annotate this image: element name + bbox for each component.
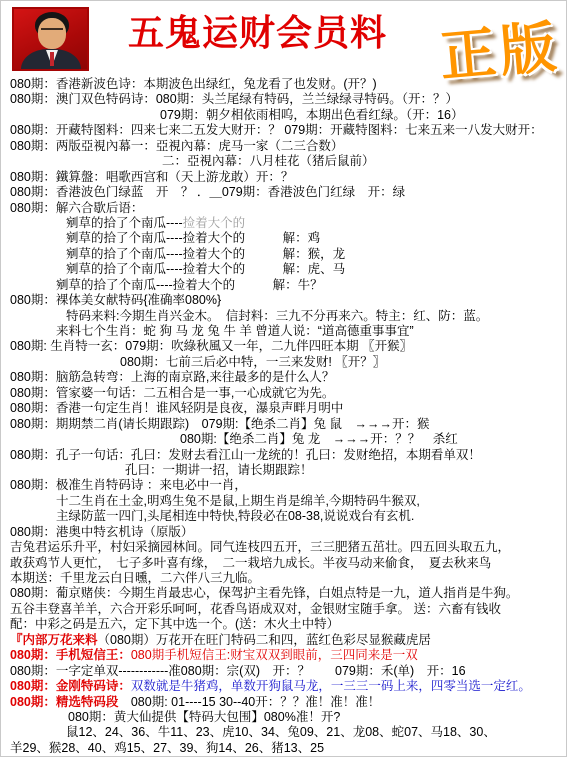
line-36-text: 配：中彩之码是五六，定下其中选一个。(送：木火土中特） [10, 617, 339, 631]
tip-sheet-page: 五鬼运财会员料 正版 080期：香港新波色诗：本期波色出绿红，兔龙看了也发财。(… [0, 0, 567, 757]
line-10: 剜草的拾了个南瓜----捡着大个的 [66, 216, 566, 231]
line-15-text: 080期：裸体美女献特码{准确率080%} [10, 293, 221, 307]
line-09-text: 080期：解六合歇后语： [10, 201, 143, 215]
line-05-text: 080期：两版亞視內幕一：亞視內幕：虎马一家（二三合数） [10, 139, 343, 153]
line-37-text: （080期）万花开在旺门特码二和四，蓝红色彩尽显猴藏虎居 [98, 633, 431, 647]
line-33-text: 本期送：千里龙云白日曛，二六伴八三九临。 [10, 571, 260, 585]
line-32: 敢获鸡节人更忙， 七子多叶喜有缘， 二一栽培九成长。半夜马动来偷食， 夏去秋来鸟 [10, 556, 566, 571]
line-04: 080期：开藏特图料：四来七来二五发大财开：？ 079期：开藏特图料：七来五来一… [10, 123, 566, 138]
line-35: 五谷丰登喜羊羊，六合开彩乐呵呵，花香鸟语成双对，金银财宝随手拿。 送：六畜有钱收 [10, 602, 566, 617]
line-08-text: 080期：香港波色门绿蓝 开 ？ ．＿079期：香港波色门红绿 开：绿 [10, 185, 405, 199]
line-03: 079期：朝夕相依雨相呜，本期出色看红绿。（开：16） [160, 108, 566, 123]
header: 五鬼运财会员料 正版 [1, 1, 566, 77]
genuine-stamp: 正版 [438, 18, 563, 88]
line-09: 080期：解六合歇后语： [10, 201, 566, 216]
line-27-text: 080期：极准生肖特码诗 ：来电必中一肖， [10, 478, 247, 492]
line-31-text: 吉兔君运乐升平，村妇采摘园林间。同气连枝四五开，三三肥猪五茁壮。四五回头取五九， [10, 540, 510, 554]
line-28-text: 十二生肖在土金,明鸡生兔不是鼠,上期生肖是绵羊,今期特码牛猴双, [56, 494, 420, 508]
portrait-glasses [41, 28, 63, 36]
line-07: 080期：鐵算盤：唱歌西宫和（天上游龙敢）开：？ [10, 170, 566, 185]
line-31: 吉兔君运乐升平，村妇采摘园林间。同气连枝四五开，三三肥猪五茁壮。四五回头取五九， [10, 540, 566, 555]
line-15: 080期：裸体美女献特码{准确率080%} [10, 293, 566, 308]
line-38-label: 080期：手机短信王： [10, 648, 131, 662]
line-41-label: 080期：精选特码段 [10, 695, 118, 709]
line-06-text: 二：亞視內幕：八月桂花（猪后鼠前） [162, 154, 375, 168]
line-30: 080期：港奥中特玄机诗（原版） [10, 525, 566, 540]
line-33: 本期送：千里龙云白日曛，二六伴八三九临。 [10, 571, 566, 586]
line-17-text: 来料七个生肖：蛇 狗 马 龙 兔 牛 羊 曾道人说：“道高德重事事宜” [56, 324, 414, 338]
line-25-text: 080期：孔子一句话：孔曰：发财去看江山一龙统的！孔曰：发财绝招，本期看单双！ [10, 448, 481, 462]
line-22-text: 080期：香港一句定生肖！谁风轻阴是良夜，瀑泉声畔月明中 [10, 401, 343, 415]
line-04-text: 080期：开藏特图料：四来七来二五发大财开：？ 079期：开藏特图料：七来五来一… [10, 123, 543, 137]
line-26: 孔曰：一期讲一招，请长期跟踪！ [125, 463, 566, 478]
line-29: 主绿防蓝一四门,头尾相连中特快,特段必在08-38,说说戏台有玄机. [56, 509, 566, 524]
line-38: 080期：手机短信王：080期手机短信王:财宝双双到眼前，三四同来是一双 [10, 648, 566, 663]
line-01-text: 080期：香港新波色诗：本期波色出绿红，兔龙看了也发财。(开？) [10, 77, 377, 91]
line-18-text: 080期: 生肖特一玄：079期：吹綠秋風又一年，二九伴四旺本期 〖开猴〗 [10, 339, 412, 353]
line-40-text: 双数就是牛猪鸡，单数开狗鼠马龙，一三三一码上来，四零当选一定红。 [131, 679, 531, 693]
line-12-text: 剜草的拾了个南瓜----捡着大个的 解：猴，龙 [66, 247, 345, 261]
line-11-text: 剜草的拾了个南瓜----捡着大个的 解：鸡 [66, 231, 320, 245]
line-12: 剜草的拾了个南瓜----捡着大个的 解：猴，龙 [66, 247, 566, 262]
line-42-text: 080期：黄大仙提供【特码大包围】080%准！开? [68, 710, 340, 724]
line-24: 080期:【绝杀二肖】兔 龙 →→→开：？？ 杀红 [180, 432, 566, 447]
line-13-text: 剜草的拾了个南瓜----捡着大个的 解：虎、马 [66, 262, 345, 276]
line-24-text: 080期:【绝杀二肖】兔 龙 →→→开：？？ 杀红 [180, 432, 458, 446]
line-35-text: 五谷丰登喜羊羊，六合开彩乐呵呵，花香鸟语成双对，金银财宝随手拿。 送：六畜有钱收 [10, 602, 501, 616]
line-19-text: 080期：七前三后必中特，一三来发财! 〖开？〗 [120, 355, 385, 369]
line-20: 080期：脑筋急转弯：上海的南京路,来往最多的是什么人？ [10, 370, 566, 385]
line-38-text: 080期手机短信王:财宝双双到眼前，三四同来是一双 [131, 648, 418, 662]
line-06: 二：亞視內幕：八月桂花（猪后鼠前） [162, 154, 566, 169]
line-30-text: 080期：港奥中特玄机诗（原版） [10, 525, 193, 539]
content: 080期：香港新波色诗：本期波色出绿红，兔龙看了也发财。(开？) 080期：澳门… [1, 77, 566, 756]
line-29-text: 主绿防蓝一四门,头尾相连中特快,特段必在08-38,说说戏台有玄机. [56, 509, 414, 523]
line-44: 羊29、猴28、40、鸡15、27、39、狗14、26、猪13、25 [10, 741, 566, 756]
line-16: 特码来料:今期生肖兴金木。 信封料：三九不分再来六。特主：红、防：蓝。 [66, 309, 566, 324]
line-44-text: 羊29、猴28、40、鸡15、27、39、狗14、26、猪13、25 [10, 741, 324, 755]
line-18: 080期: 生肖特一玄：079期：吹綠秋風又一年，二九伴四旺本期 〖开猴〗 [10, 339, 566, 354]
line-10-faded-text: 捡着大个的 [183, 216, 246, 230]
line-39-text: 080期：一字定单双------------准080期：宗(双) 开：？ 079… [10, 664, 466, 678]
line-23: 080期：期期禁二肖(请长期跟踪) 079期:【绝杀二肖】兔 鼠 →→→开：猴 [10, 417, 566, 432]
portrait-tie [50, 52, 54, 66]
line-41-text: 080期: 01----15 30--40开：？？准！准！准！ [118, 695, 380, 709]
line-08: 080期：香港波色门绿蓝 开 ？ ．＿079期：香港波色门红绿 开：绿 [10, 185, 566, 200]
line-14: 剜草的拾了个南瓜----捡着大个的 解：牛？ [56, 278, 566, 293]
line-43: 鼠12、24、36、牛11、23、虎10、34、兔09、21、龙08、蛇07、马… [66, 725, 566, 740]
line-37-label: 『内部万花来料 [10, 633, 98, 647]
line-07-text: 080期：鐵算盤：唱歌西宫和（天上游龙敢）开：？ [10, 170, 293, 184]
portrait-photo [12, 7, 89, 71]
line-20-text: 080期：脑筋急转弯：上海的南京路,来往最多的是什么人？ [10, 370, 334, 384]
line-34-text: 080期：葡京赌侠：今期生肖最忠心，保驾护主看先锋，白姐点特是一九，道人指肖是牛… [10, 586, 518, 600]
line-16-text: 特码来料:今期生肖兴金木。 信封料：三九不分再来六。特主：红、防：蓝。 [66, 309, 488, 323]
line-34: 080期：葡京赌侠：今期生肖最忠心，保驾护主看先锋，白姐点特是一九，道人指肖是牛… [10, 586, 566, 601]
line-40-label: 080期：金刚特码诗： [10, 679, 131, 693]
line-43-text: 鼠12、24、36、牛11、23、虎10、34、兔09、21、龙08、蛇07、马… [66, 725, 496, 739]
line-40: 080期：金刚特码诗：双数就是牛猪鸡，单数开狗鼠马龙，一三三一码上来，四零当选一… [10, 679, 566, 694]
line-25: 080期：孔子一句话：孔曰：发财去看江山一龙统的！孔曰：发财绝招，本期看单双！ [10, 448, 566, 463]
line-23-text: 080期：期期禁二肖(请长期跟踪) 079期:【绝杀二肖】兔 鼠 →→→开：猴 [10, 417, 429, 431]
line-13: 剜草的拾了个南瓜----捡着大个的 解：虎、马 [66, 262, 566, 277]
line-19: 080期：七前三后必中特，一三来发财! 〖开？〗 [120, 355, 566, 370]
line-28: 十二生肖在土金,明鸡生兔不是鼠,上期生肖是绵羊,今期特码牛猴双, [56, 494, 566, 509]
line-03-text: 079期：朝夕相依雨相呜，本期出色看红绿。（开：16） [160, 108, 464, 122]
line-11: 剜草的拾了个南瓜----捡着大个的 解：鸡 [66, 231, 566, 246]
line-02: 080期：澳门双色特码诗：080期：头兰尾绿有特码，兰兰绿绿寻特码。（开：？） [10, 92, 566, 107]
page-title: 五鬼运财会员料 [128, 13, 387, 53]
line-05: 080期：两版亞視內幕一：亞視內幕：虎马一家（二三合数） [10, 139, 566, 154]
line-26-text: 孔曰：一期讲一招，请长期跟踪！ [125, 463, 313, 477]
line-37: 『内部万花来料（080期）万花开在旺门特码二和四，蓝红色彩尽显猴藏虎居 [10, 633, 566, 648]
line-21: 080期：管家婆一句话：二五相合是一事,一心成就它为先。 [10, 386, 566, 401]
line-27: 080期：极准生肖特码诗 ：来电必中一肖， [10, 478, 566, 493]
line-02-text: 080期：澳门双色特码诗：080期：头兰尾绿有特码，兰兰绿绿寻特码。（开：？） [10, 92, 458, 106]
line-21-text: 080期：管家婆一句话：二五相合是一事,一心成就它为先。 [10, 386, 334, 400]
line-10-text: 剜草的拾了个南瓜---- [66, 216, 183, 230]
line-17: 来料七个生肖：蛇 狗 马 龙 兔 牛 羊 曾道人说：“道高德重事事宜” [56, 324, 566, 339]
line-36: 配：中彩之码是五六，定下其中选一个。(送：木火土中特） [10, 617, 566, 632]
line-14-text: 剜草的拾了个南瓜----捡着大个的 解：牛？ [56, 278, 323, 292]
line-41: 080期：精选特码段 080期: 01----15 30--40开：？？准！准！… [10, 695, 566, 710]
line-32-text: 敢获鸡节人更忙， 七子多叶喜有缘， 二一栽培九成长。半夜马动来偷食， 夏去秋来鸟 [10, 556, 491, 570]
line-39: 080期：一字定单双------------准080期：宗(双) 开：？ 079… [10, 664, 566, 679]
line-22: 080期：香港一句定生肖！谁风轻阴是良夜，瀑泉声畔月明中 [10, 401, 566, 416]
line-42: 080期：黄大仙提供【特码大包围】080%准！开? [68, 710, 566, 725]
